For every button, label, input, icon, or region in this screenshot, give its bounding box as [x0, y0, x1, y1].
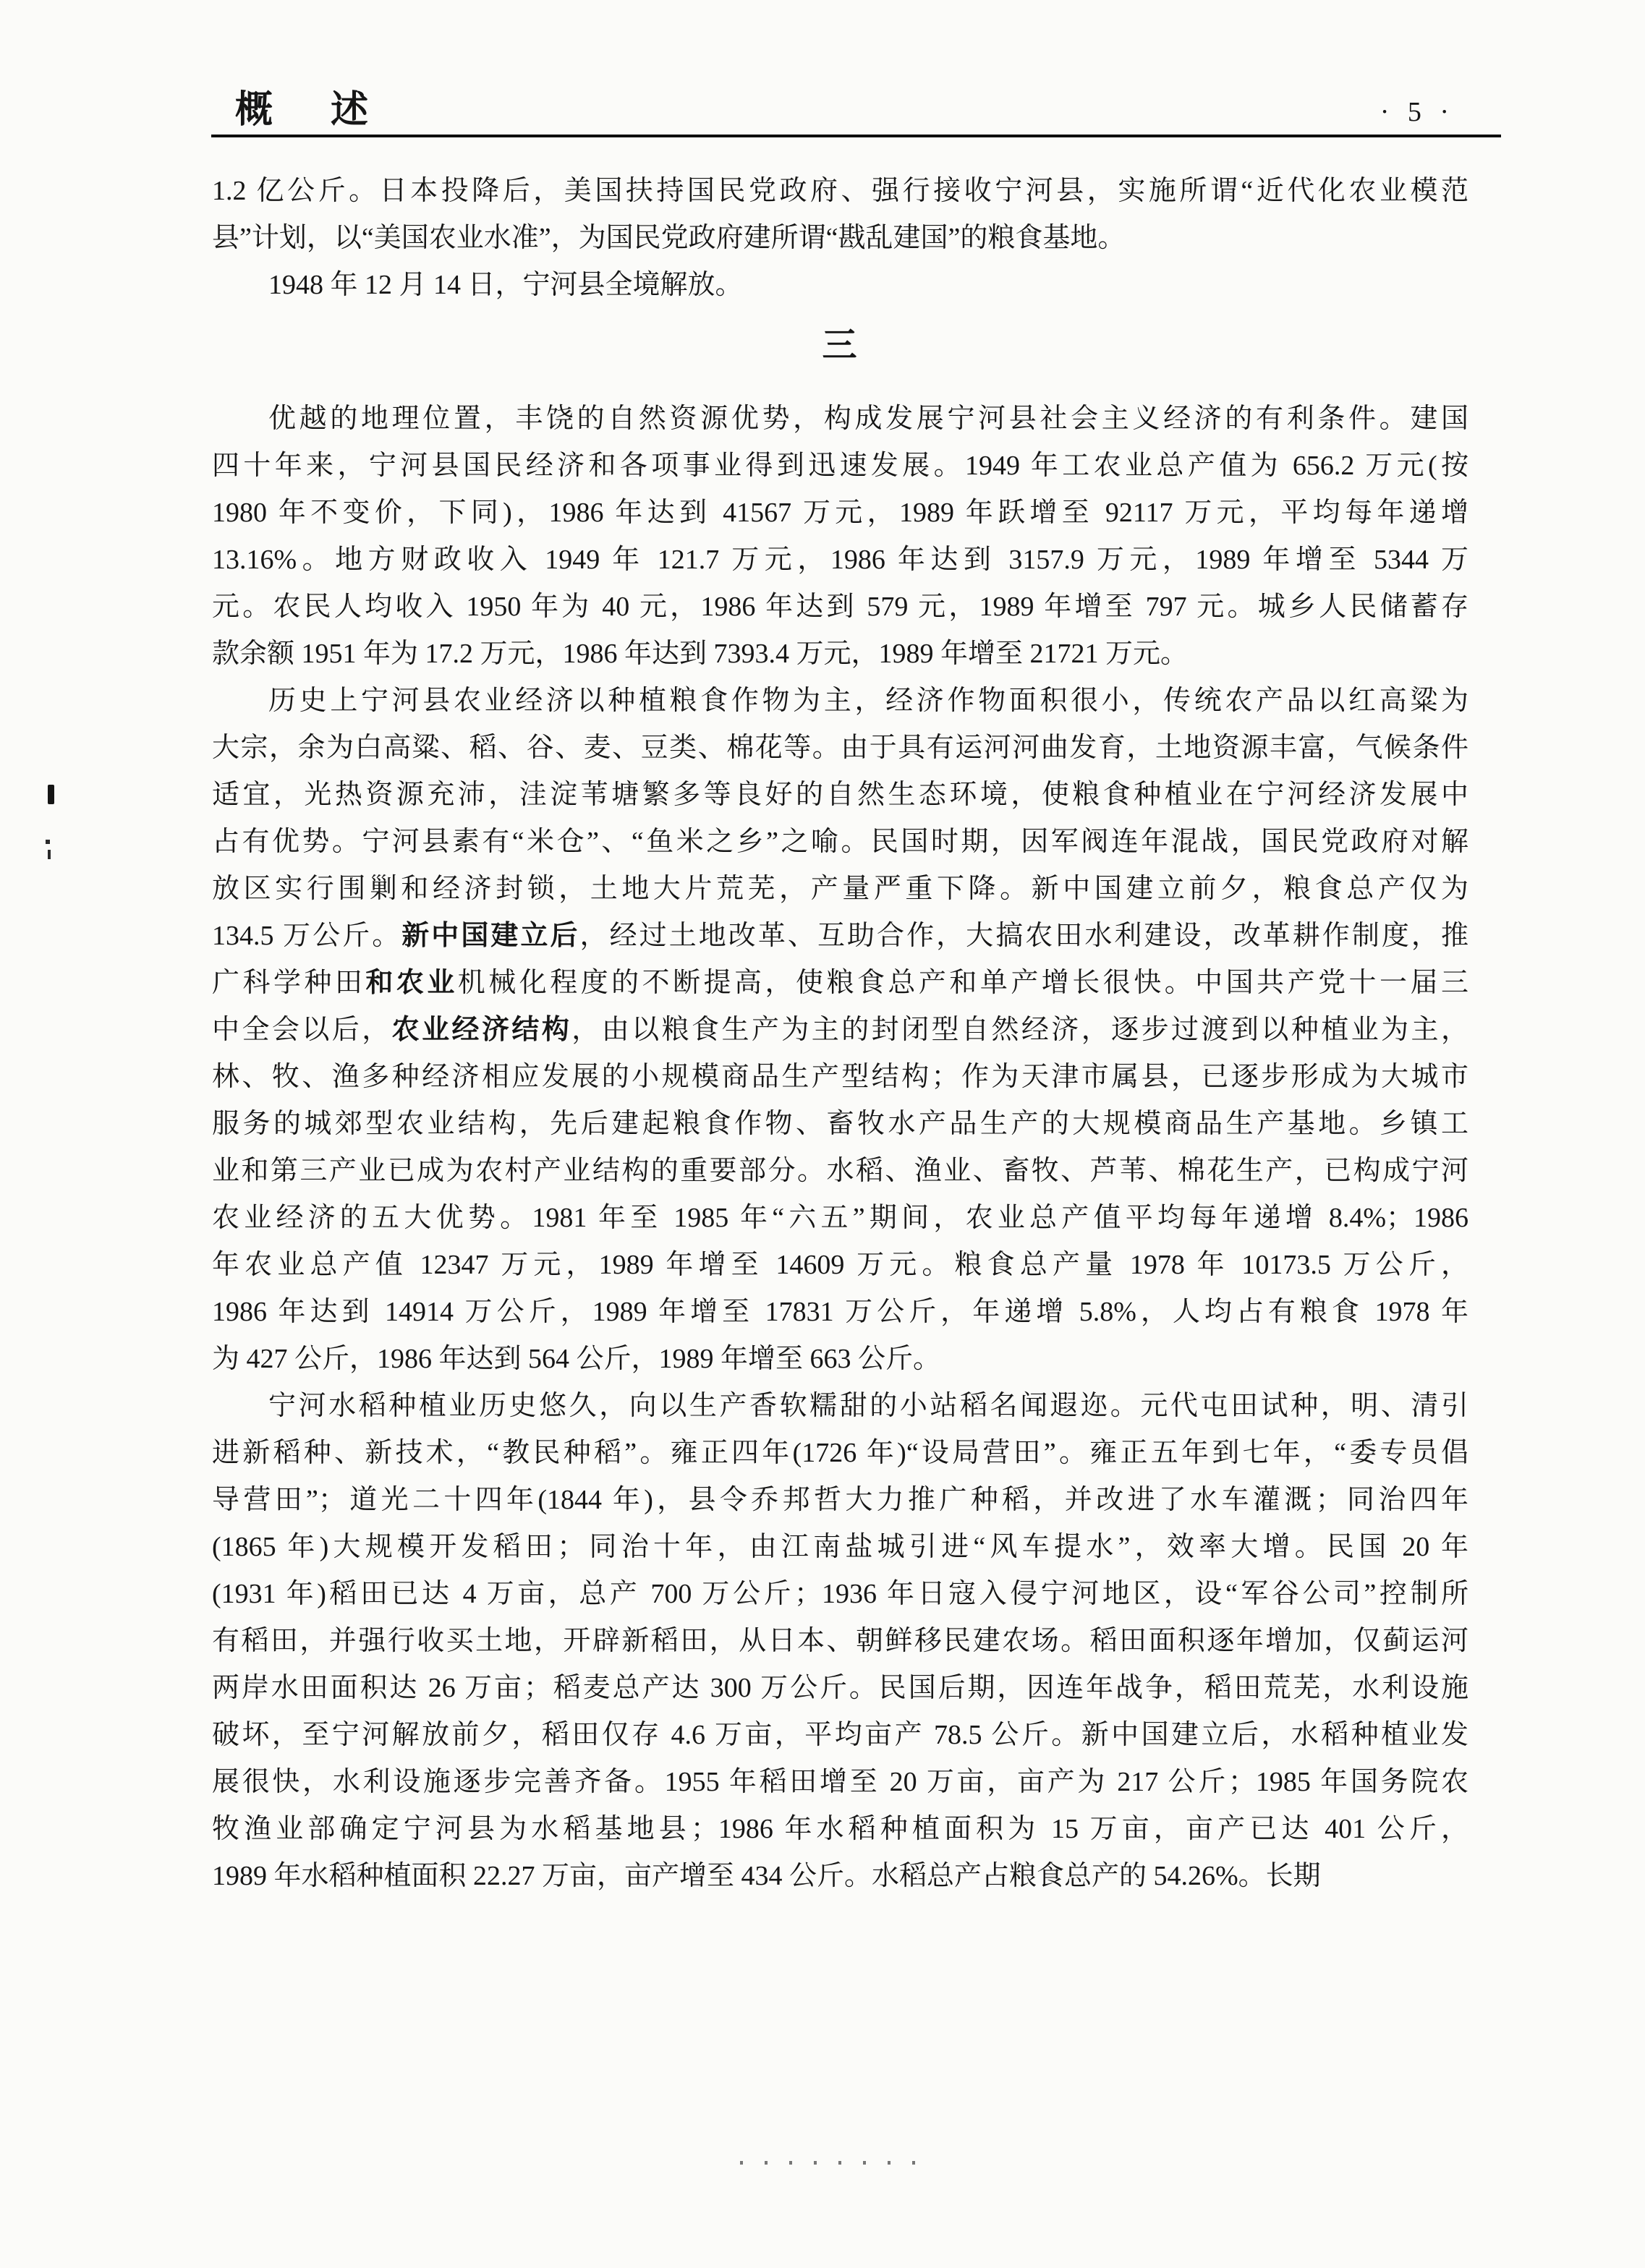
- text-line: 优越的地理位置，丰饶的自然资源优势，构成发展宁河县社会主义经济的有利条件。建国: [212, 396, 1468, 443]
- page-body: 1.2 亿公斤。日本投降后，美国扶持国民党政府、强行接收宁河县，实施所谓“近代化…: [212, 168, 1468, 1900]
- text-line: 进新稻种、新技术，“教民种稻”。雍正四年(1726 年)“设局营田”。雍正五年到…: [212, 1430, 1468, 1477]
- text-line: 中全会以后，农业经济结构，由以粮食生产为主的封闭型自然经济，逐步过渡到以种植业为…: [212, 1007, 1468, 1054]
- document-page: 概 述 · 5 · 1.2 亿公斤。日本投降后，美国扶持国民党政府、强行接收宁河…: [0, 0, 1645, 2268]
- text-line: 服务的城郊型农业结构，先后建起粮食作物、畜牧水产品生产的大规模商品生产基地。乡镇…: [212, 1101, 1468, 1148]
- header-rule: [211, 135, 1501, 137]
- text-line: 林、牧、渔多种经济相应发展的小规模商品生产型结构；作为天津市属县，已逐步形成为大…: [212, 1054, 1468, 1101]
- paragraph: 1.2 亿公斤。日本投降后，美国扶持国民党政府、强行接收宁河县，实施所谓“近代化…: [212, 168, 1468, 262]
- text-line: 款余额 1951 年为 17.2 万元，1986 年达到 7393.4 万元，1…: [212, 631, 1468, 678]
- scan-noise-dots: [740, 2161, 921, 2165]
- text-line: 1.2 亿公斤。日本投降后，美国扶持国民党政府、强行接收宁河县，实施所谓“近代化…: [212, 168, 1468, 215]
- text-line: 放区实行围剿和经济封锁，土地大片荒芜，产量严重下降。新中国建立前夕，粮食总产仅为: [212, 866, 1468, 913]
- text-line: 1989 年水稻种植面积 22.27 万亩，亩产增至 434 公斤。水稻总产占粮…: [212, 1853, 1468, 1900]
- text-line: 展很快，水利设施逐步完善齐备。1955 年稻田增至 20 万亩，亩产为 217 …: [212, 1759, 1468, 1806]
- text-line: 县”计划，以“美国农业水准”，为国民党政府建所谓“戡乱建国”的粮食基地。: [212, 215, 1468, 262]
- text-line: 为 427 公斤，1986 年达到 564 公斤，1989 年增至 663 公斤…: [212, 1336, 1468, 1383]
- page-number: · 5 ·: [1380, 98, 1455, 126]
- scan-ink-mark: [48, 785, 54, 804]
- text-line: 两岸水田面积达 26 万亩；稻麦总产达 300 万公斤。民国后期，因连年战争，稻…: [212, 1665, 1468, 1712]
- text-line: 1948 年 12 月 14 日，宁河县全境解放。: [212, 262, 1468, 309]
- text-line: 历史上宁河县农业经济以种植粮食作物为主，经济作物面积很小，传统农产品以红高粱为: [212, 678, 1468, 725]
- text-line: 牧渔业部确定宁河县为水稻基地县；1986 年水稻种植面积为 15 万亩，亩产已达…: [212, 1806, 1468, 1853]
- text-line: 有稻田，并强行收买土地，开辟新稻田，从日本、朝鲜移民建农场。稻田面积逐年增加，仅…: [212, 1618, 1468, 1665]
- text-line: 广科学种田和农业机械化程度的不断提高，使粮食总产和单产增长很快。中国共产党十一届…: [212, 960, 1468, 1007]
- paragraph: 优越的地理位置，丰饶的自然资源优势，构成发展宁河县社会主义经济的有利条件。建国四…: [212, 396, 1468, 678]
- paragraph: 历史上宁河县农业经济以种植粮食作物为主，经济作物面积很小，传统农产品以红高粱为大…: [212, 678, 1468, 1383]
- text-line: 业和第三产业已成为农村产业结构的重要部分。水稻、渔业、畜牧、芦苇、棉花生产，已构…: [212, 1148, 1468, 1195]
- text-line: (1865 年)大规模开发稻田；同治十年，由江南盐城引进“风车提水”，效率大增。…: [212, 1524, 1468, 1571]
- text-line: 适宜，光热资源充沛，洼淀苇塘繁多等良好的自然生态环境，使粮食种植业在宁河经济发展…: [212, 772, 1468, 819]
- text-line: 134.5 万公斤。新中国建立后，经过土地改革、互助合作，大搞农田水利建设，改革…: [212, 913, 1468, 960]
- text-line: 1986 年达到 14914 万公斤，1989 年增至 17831 万公斤，年递…: [212, 1289, 1468, 1336]
- running-title: 概 述: [235, 90, 378, 131]
- text-line: 四十年来，宁河县国民经济和各项事业得到迅速发展。1949 年工农业总产值为 65…: [212, 443, 1468, 490]
- text-line: 13.16%。地方财政收入 1949 年 121.7 万元，1986 年达到 3…: [212, 537, 1468, 584]
- scan-ink-mark: [46, 840, 50, 844]
- text-line: 导营田”；道光二十四年(1844 年)，县令乔邦哲大力推广种稻，并改进了水车灌溉…: [212, 1477, 1468, 1524]
- scan-ink-mark: [48, 850, 51, 859]
- section-divider: 三: [212, 322, 1468, 369]
- text-line: 元。农民人均收入 1950 年为 40 元，1986 年达到 579 元，198…: [212, 584, 1468, 631]
- text-line: 大宗，余为白高粱、稻、谷、麦、豆类、棉花等。由于具有运河河曲发育，土地资源丰富，…: [212, 725, 1468, 772]
- text-line: (1931 年)稻田已达 4 万亩，总产 700 万公斤；1936 年日寇入侵宁…: [212, 1571, 1468, 1618]
- text-line: 占有优势。宁河县素有“米仓”、“鱼米之乡”之喻。民国时期，因军阀连年混战，国民党…: [212, 819, 1468, 866]
- text-line: 破坏，至宁河解放前夕，稻田仅存 4.6 万亩，平均亩产 78.5 公斤。新中国建…: [212, 1712, 1468, 1759]
- text-line: 1980 年不变价，下同)，1986 年达到 41567 万元，1989 年跃增…: [212, 490, 1468, 537]
- paragraph: 宁河水稻种植业历史悠久，向以生产香软糯甜的小站稻名闻遐迩。元代屯田试种，明、清引…: [212, 1383, 1468, 1900]
- text-line: 年农业总产值 12347 万元，1989 年增至 14609 万元。粮食总产量 …: [212, 1242, 1468, 1289]
- paragraph: 1948 年 12 月 14 日，宁河县全境解放。: [212, 262, 1468, 309]
- text-line: 宁河水稻种植业历史悠久，向以生产香软糯甜的小站稻名闻遐迩。元代屯田试种，明、清引: [212, 1383, 1468, 1430]
- text-line: 农业经济的五大优势。1981 年至 1985 年“六五”期间，农业总产值平均每年…: [212, 1195, 1468, 1242]
